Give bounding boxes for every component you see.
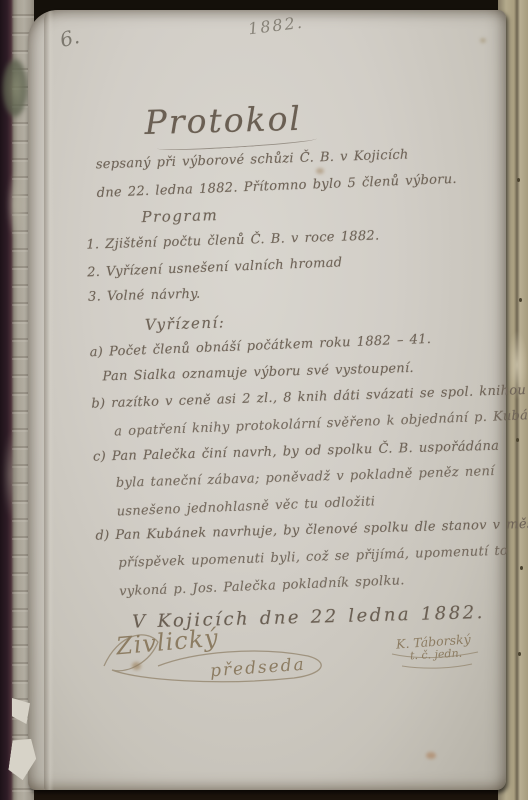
manuscript-line: Protokol xyxy=(144,93,511,155)
manuscript-page: 6. 1882. Protokolsepsaný při výborové sc… xyxy=(28,10,506,790)
binding-stain xyxy=(6,170,26,240)
signature-chairman-role: předseda xyxy=(209,655,306,682)
binding-stain xyxy=(2,430,20,520)
page-number: 6. xyxy=(57,24,81,52)
page-edge-speck xyxy=(517,178,520,182)
paper-stain xyxy=(480,38,486,43)
page-edge-speck xyxy=(519,298,522,302)
signature-secretary-role: t. č. jedn. xyxy=(410,647,463,663)
page-crease xyxy=(44,10,54,790)
binding-stain xyxy=(2,58,28,118)
year-annotation: 1882. xyxy=(247,13,305,39)
manuscript-lines: Protokolsepsaný při výborové schůzi Č. B… xyxy=(74,92,527,640)
page-edge-speck xyxy=(518,652,521,656)
paper-stain xyxy=(132,662,141,670)
paper-stain xyxy=(426,752,436,759)
photo-frame: 6. 1882. Protokolsepsaný při výborové sc… xyxy=(0,0,528,800)
